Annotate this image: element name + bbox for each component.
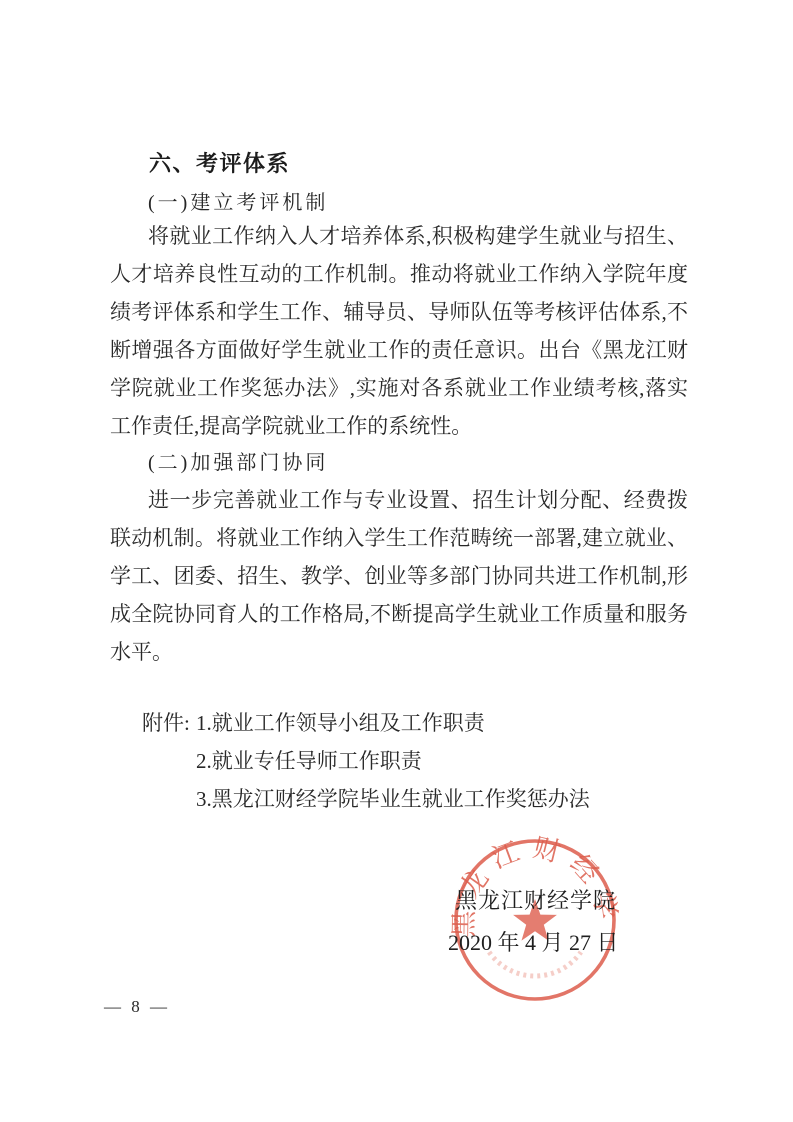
signature-organization: 黑龙江财经学院 [455,886,616,916]
section-heading: 六、考评体系 [149,147,290,178]
paragraph-2-line: 联动机制。将就业工作纳入学生工作范畴统一部署,建立就业、 [110,519,688,557]
page-number: — 8 — [104,996,170,1018]
paragraph-1-line: 学院就业工作奖惩办法》,实施对各系就业工作业绩考核,落实 [110,369,688,407]
attachment-item-1: 1.就业工作领导小组及工作职责 [196,704,485,742]
attachments-label: 附件: [142,704,190,742]
paragraph-2-line: 学工、团委、招生、教学、创业等多部门协同共进工作机制,形 [110,557,688,595]
paragraph-1-line: 人才培养良性互动的工作机制。推动将就业工作纳入学院年度业 [110,255,688,293]
attachment-item-2: 2.就业专任导师工作职责 [196,742,422,780]
paragraph-1-line: 断增强各方面做好学生就业工作的责任意识。出台《黑龙江财经 [110,331,688,369]
paragraph-2-line: 进一步完善就业工作与专业设置、招生计划分配、经费拨款 [110,481,688,519]
paragraph-1: 将就业工作纳入人才培养体系,积极构建学生就业与招生、 人才培养良性互动的工作机制… [110,217,688,445]
paragraph-2-line: 水平。 [110,633,688,671]
paragraph-1-line: 将就业工作纳入人才培养体系,积极构建学生就业与招生、 [110,217,688,255]
paragraph-2-line: 成全院协同育人的工作格局,不断提高学生就业工作质量和服务 [110,595,688,633]
paragraph-1-line: 工作责任,提高学院就业工作的系统性。 [110,407,688,445]
subsection-2-heading: (二)加强部门协同 [148,444,328,482]
document-page: 六、考评体系 (一)建立考评机制 将就业工作纳入人才培养体系,积极构建学生就业与… [0,0,793,1122]
official-seal-stamp: 黑龙江财经学院 [449,834,621,1006]
signature-date: 2020 年 4 月 27 日 [448,928,619,958]
paragraph-2: 进一步完善就业工作与专业设置、招生计划分配、经费拨款 联动机制。将就业工作纳入学… [110,481,688,671]
attachment-item-3: 3.黑龙江财经学院毕业生就业工作奖惩办法 [196,780,590,818]
paragraph-1-line: 绩考评体系和学生工作、辅导员、导师队伍等考核评估体系,不 [110,293,688,331]
